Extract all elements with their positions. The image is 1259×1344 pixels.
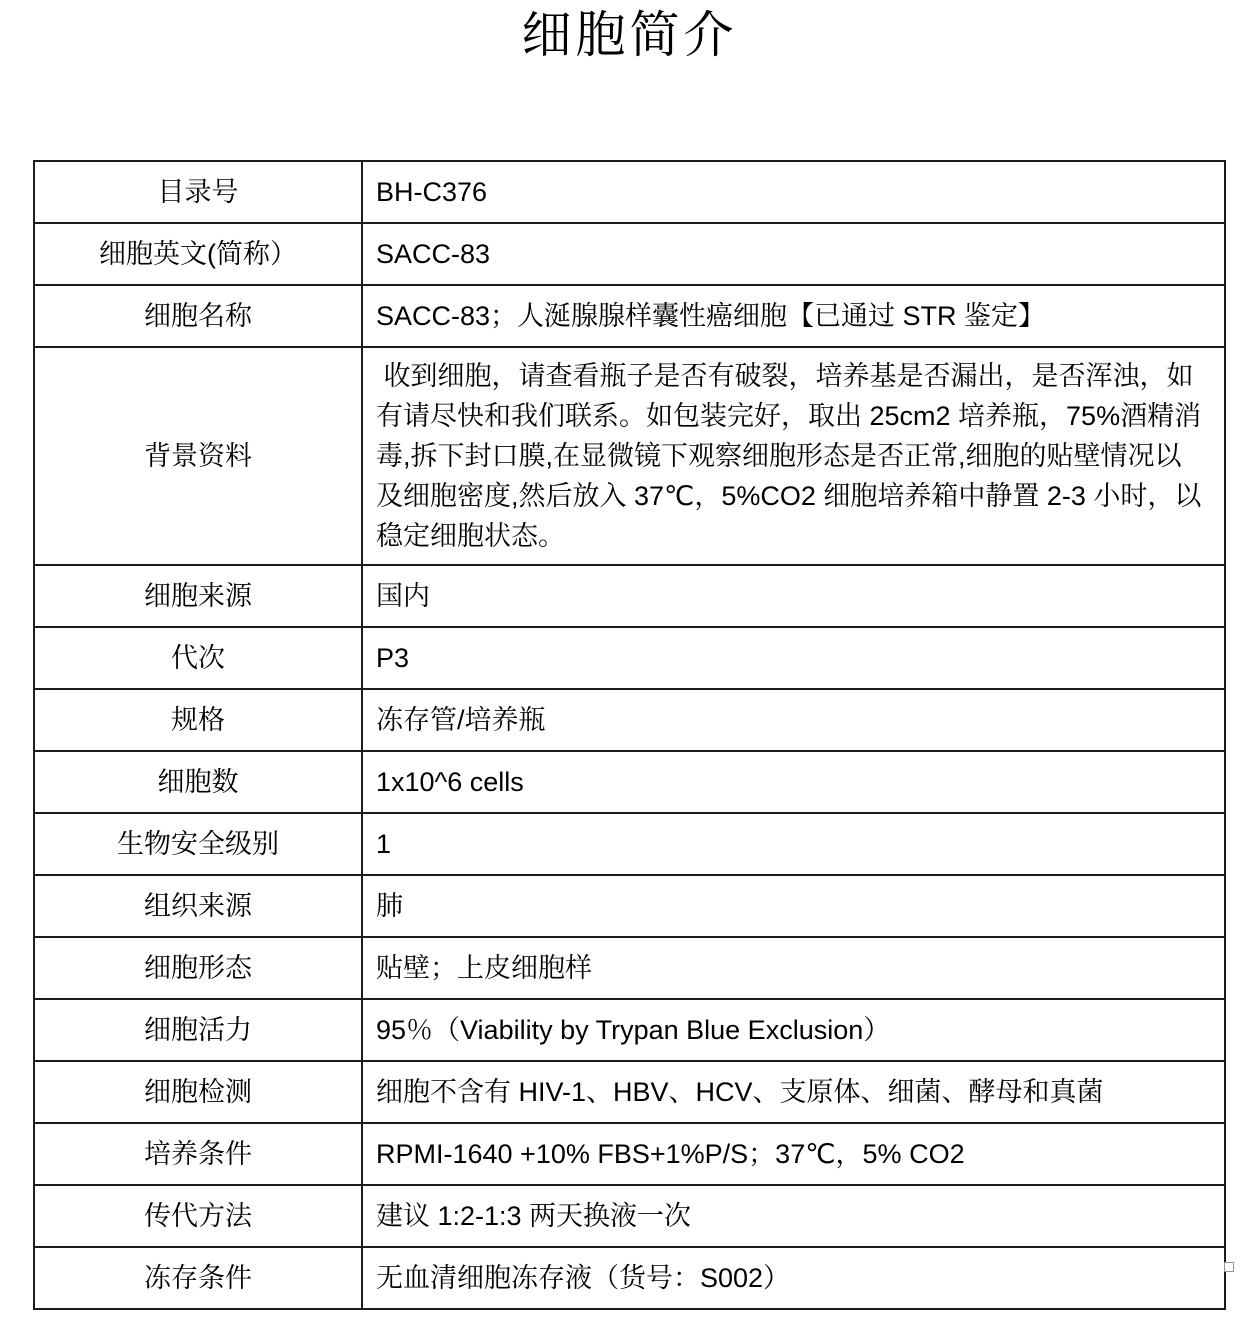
table-row-cryopreservation: 冻存条件 无血清细胞冻存液（货号：S002）: [35, 1246, 1224, 1308]
row-label: 规格: [35, 690, 363, 750]
row-label: 细胞活力: [35, 1000, 363, 1060]
table-row-cell-name: 细胞名称 SACC-83；人涎腺腺样囊性癌细胞【已通过 STR 鉴定】: [35, 284, 1224, 346]
row-value: SACC-83；人涎腺腺样囊性癌细胞【已通过 STR 鉴定】: [363, 286, 1224, 346]
row-value: 建议 1:2-1:3 两天换液一次: [363, 1186, 1224, 1246]
row-value: 肺: [363, 876, 1224, 936]
row-value: RPMI-1640 +10% FBS+1%P/S；37℃，5% CO2: [363, 1124, 1224, 1184]
cell-info-table: 目录号 BH-C376 细胞英文(简称） SACC-83 细胞名称 SACC-8…: [33, 160, 1226, 1310]
row-label: 细胞数: [35, 752, 363, 812]
row-value: 95％（Viability by Trypan Blue Exclusion）: [363, 1000, 1224, 1060]
row-label: 细胞来源: [35, 566, 363, 626]
table-row-specification: 规格 冻存管/培养瓶: [35, 688, 1224, 750]
row-value: 贴壁；上皮细胞样: [363, 938, 1224, 998]
table-row-biosafety-level: 生物安全级别 1: [35, 812, 1224, 874]
table-row-passaging-method: 传代方法 建议 1:2-1:3 两天换液一次: [35, 1184, 1224, 1246]
row-value: 收到细胞，请查看瓶子是否有破裂，培养基是否漏出，是否浑浊，如有请尽快和我们联系。…: [363, 348, 1224, 564]
table-row-cell-origin: 细胞来源 国内: [35, 564, 1224, 626]
row-value: 无血清细胞冻存液（货号：S002）: [363, 1248, 1224, 1308]
table-row-passage: 代次 P3: [35, 626, 1224, 688]
row-label: 细胞形态: [35, 938, 363, 998]
table-row-tissue-origin: 组织来源 肺: [35, 874, 1224, 936]
table-row-cell-testing: 细胞检测 细胞不含有 HIV-1、HBV、HCV、支原体、细菌、酵母和真菌: [35, 1060, 1224, 1122]
table-row-cell-english-name: 细胞英文(简称） SACC-83: [35, 222, 1224, 284]
table-row-background-info: 背景资料 收到细胞，请查看瓶子是否有破裂，培养基是否漏出，是否浑浊，如有请尽快和…: [35, 346, 1224, 564]
row-label: 代次: [35, 628, 363, 688]
row-label: 传代方法: [35, 1186, 363, 1246]
table-row-cell-count: 细胞数 1x10^6 cells: [35, 750, 1224, 812]
row-label: 细胞英文(简称）: [35, 224, 363, 284]
table-resize-handle[interactable]: [1224, 1262, 1234, 1272]
row-label: 背景资料: [35, 348, 363, 564]
row-label: 生物安全级别: [35, 814, 363, 874]
row-value: P3: [363, 628, 1224, 688]
row-label: 组织来源: [35, 876, 363, 936]
row-value: SACC-83: [363, 224, 1224, 284]
row-value: 国内: [363, 566, 1224, 626]
row-label: 培养条件: [35, 1124, 363, 1184]
table-row-cell-morphology: 细胞形态 贴壁；上皮细胞样: [35, 936, 1224, 998]
row-label: 冻存条件: [35, 1248, 363, 1308]
row-label: 细胞名称: [35, 286, 363, 346]
row-value: BH-C376: [363, 162, 1224, 222]
row-label: 目录号: [35, 162, 363, 222]
row-value: 冻存管/培养瓶: [363, 690, 1224, 750]
table-row-culture-conditions: 培养条件 RPMI-1640 +10% FBS+1%P/S；37℃，5% CO2: [35, 1122, 1224, 1184]
row-value: 1: [363, 814, 1224, 874]
row-value: 1x10^6 cells: [363, 752, 1224, 812]
row-value: 细胞不含有 HIV-1、HBV、HCV、支原体、细菌、酵母和真菌: [363, 1062, 1224, 1122]
row-label: 细胞检测: [35, 1062, 363, 1122]
table-row-cell-viability: 细胞活力 95％（Viability by Trypan Blue Exclus…: [35, 998, 1224, 1060]
table-row-catalog-number: 目录号 BH-C376: [35, 162, 1224, 222]
page-title: 细胞简介: [0, 0, 1259, 64]
